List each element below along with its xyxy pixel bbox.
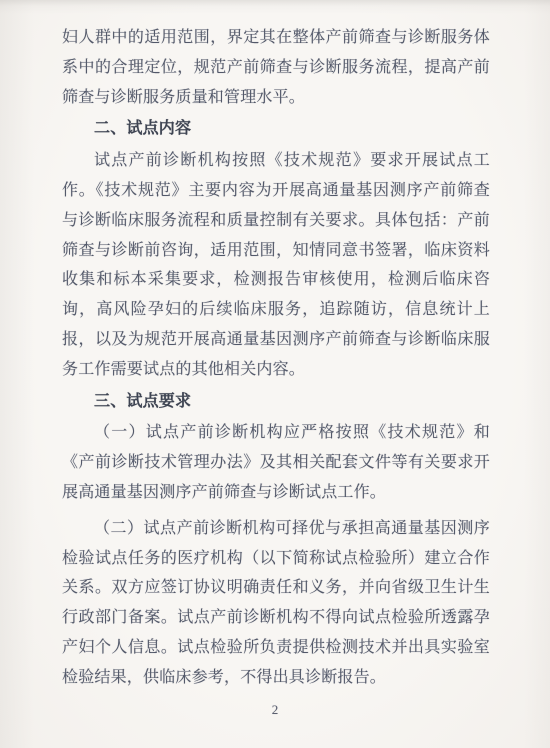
section-heading: 三、试点要求 [62,387,490,417]
body-paragraph: （一）试点产前诊断机构应严格按照《技术规范》和《产前诊断技术管理办法》及其相关配… [62,418,490,507]
page-number: 2 [272,702,279,717]
body-paragraph: （二）试点产前诊断机构可择优与承担高通量基因测序检验试点任务的医疗机构（以下简称… [62,514,490,693]
section-heading: 二、试点内容 [62,114,490,144]
page-footer: 2 [0,701,550,719]
document-body: 妇人群中的适用范围，界定其在整体产前筛查与诊断服务体系中的合理定位，规范产前筛查… [62,23,490,693]
body-paragraph: 试点产前诊断机构按照《技术规范》要求开展试点工作。《技术规范》主要内容为开展高通… [62,146,490,384]
body-paragraph: 妇人群中的适用范围，界定其在整体产前筛查与诊断服务体系中的合理定位，规范产前筛查… [62,23,490,112]
document-page: 妇人群中的适用范围，界定其在整体产前筛查与诊断服务体系中的合理定位，规范产前筛查… [0,0,550,748]
